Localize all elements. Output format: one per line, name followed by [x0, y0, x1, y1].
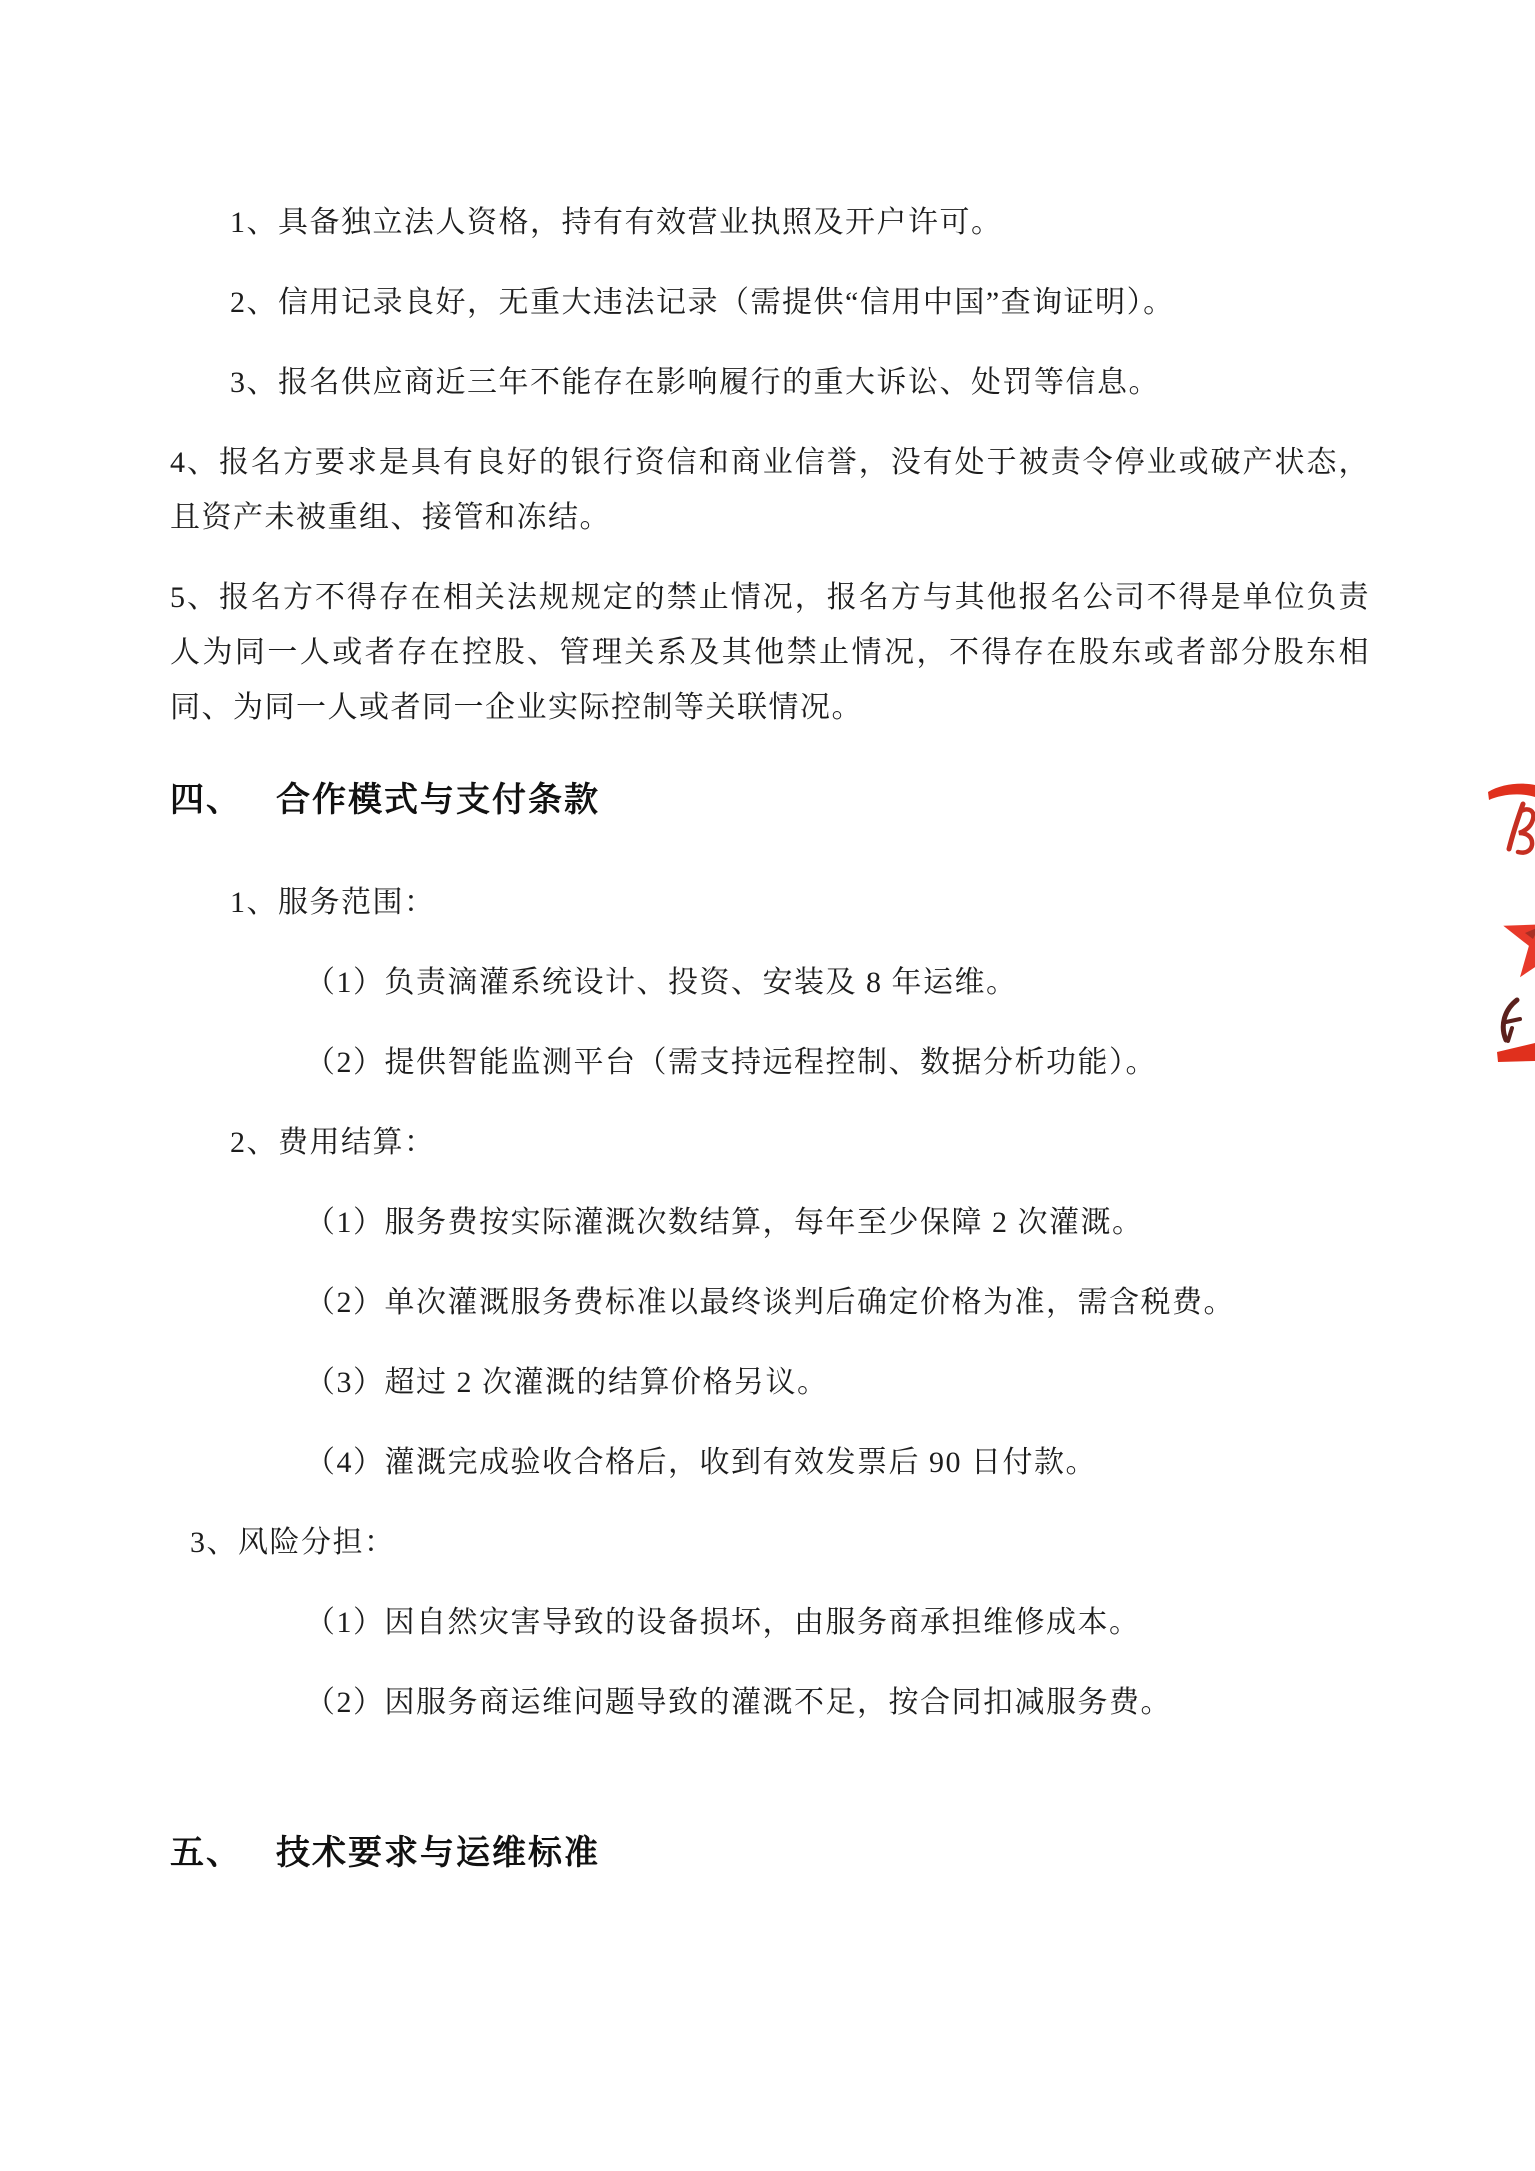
seal-bar-top-icon: [1488, 784, 1535, 800]
seal-star-icon: [1503, 894, 1535, 977]
clause-service-scope-sub-1: （1）负责滴灌系统设计、投资、安装及 8 年运维。: [170, 955, 1370, 1010]
clause-fee-settlement-sub-1: （1）服务费按实际灌溉次数结算，每年至少保障 2 次灌溉。: [170, 1195, 1370, 1250]
requirement-item-1: 1、具备独立法人资格，持有有效营业执照及开户许可。: [170, 195, 1370, 250]
document-page: 1、具备独立法人资格，持有有效营业执照及开户许可。 2、信用记录良好，无重大违法…: [0, 0, 1535, 2171]
clause-risk-sharing-sub-2: （2）因服务商运维问题导致的灌溉不足，按合同扣减服务费。: [170, 1675, 1370, 1730]
requirement-item-2: 2、信用记录良好，无重大违法记录（需提供“信用中国”查询证明）。: [170, 275, 1370, 330]
section-title: 合作模式与支付条款: [276, 782, 600, 819]
requirement-item-5: 5、报名方不得存在相关法规规定的禁止情况，报名方与其他报名公司不得是单位负责人为…: [170, 570, 1370, 735]
requirement-item-4: 4、报名方要求是具有良好的银行资信和商业信誉，没有处于被责令停业或破产状态，且资…: [170, 435, 1370, 545]
seal-character-fragment-icon: [1509, 804, 1533, 853]
section-title: 技术要求与运维标准: [276, 1835, 600, 1872]
section-number: 五、: [170, 1835, 242, 1872]
clause-service-scope-label: 1、服务范围：: [170, 875, 1370, 930]
document-body: 1、具备独立法人资格，持有有效营业执照及开户许可。 2、信用记录良好，无重大违法…: [170, 195, 1370, 1928]
section-heading-five: 五、技术要求与运维标准: [170, 1830, 1370, 1878]
clause-service-scope-sub-2: （2）提供智能监测平台（需支持远程控制、数据分析功能）。: [170, 1035, 1370, 1090]
seal-bar-bottom-icon: [1497, 1043, 1535, 1062]
seal-bracket-stroke-icon: [1503, 1000, 1520, 1041]
clause-fee-settlement-label: 2、费用结算：: [170, 1115, 1370, 1170]
seal-star-shade-icon: [1525, 905, 1535, 939]
clause-fee-settlement-sub-2: （2）单次灌溉服务费标准以最终谈判后确定价格为准，需含税费。: [170, 1275, 1370, 1330]
red-seal-fragment: [1463, 755, 1535, 1075]
section-heading-four: 四、合作模式与支付条款: [170, 777, 1370, 825]
clause-risk-sharing-label: 3、风险分担：: [170, 1515, 1370, 1570]
requirement-item-3: 3、报名供应商近三年不能存在影响履行的重大诉讼、处罚等信息。: [170, 355, 1370, 410]
clause-risk-sharing-sub-1: （1）因自然灾害导致的设备损坏，由服务商承担维修成本。: [170, 1595, 1370, 1650]
section-number: 四、: [170, 782, 242, 819]
clause-fee-settlement-sub-4: （4）灌溉完成验收合格后，收到有效发票后 90 日付款。: [170, 1435, 1370, 1490]
clause-fee-settlement-sub-3: （3）超过 2 次灌溉的结算价格另议。: [170, 1355, 1370, 1410]
